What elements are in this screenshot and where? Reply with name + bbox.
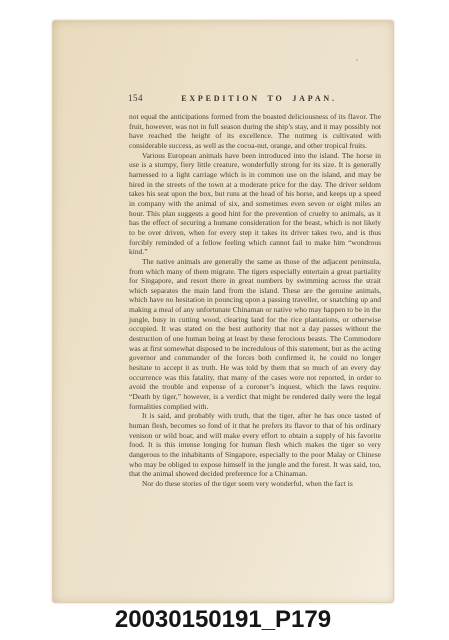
paragraph: The native animals are generally the sam… xyxy=(129,257,381,412)
scanned-book-page: 154 EXPEDITION TO JAPAN. not equal the a… xyxy=(52,20,394,603)
page-body-text: not equal the anticipations formed from … xyxy=(129,112,381,489)
paragraph: Nor do these stories of the tiger seem v… xyxy=(129,479,381,489)
paragraph: It is said, and probably with truth, tha… xyxy=(129,411,381,479)
running-header-title: EXPEDITION TO JAPAN. xyxy=(133,94,385,103)
archive-photo-viewer: { "book_page": { "page_number": "154", "… xyxy=(0,0,449,640)
scan-speck xyxy=(356,59,358,61)
archive-id-label: 20030150191_P179 xyxy=(52,606,394,634)
paragraph: Various European animals have been intro… xyxy=(129,151,381,257)
paragraph: not equal the anticipations formed from … xyxy=(129,112,381,151)
